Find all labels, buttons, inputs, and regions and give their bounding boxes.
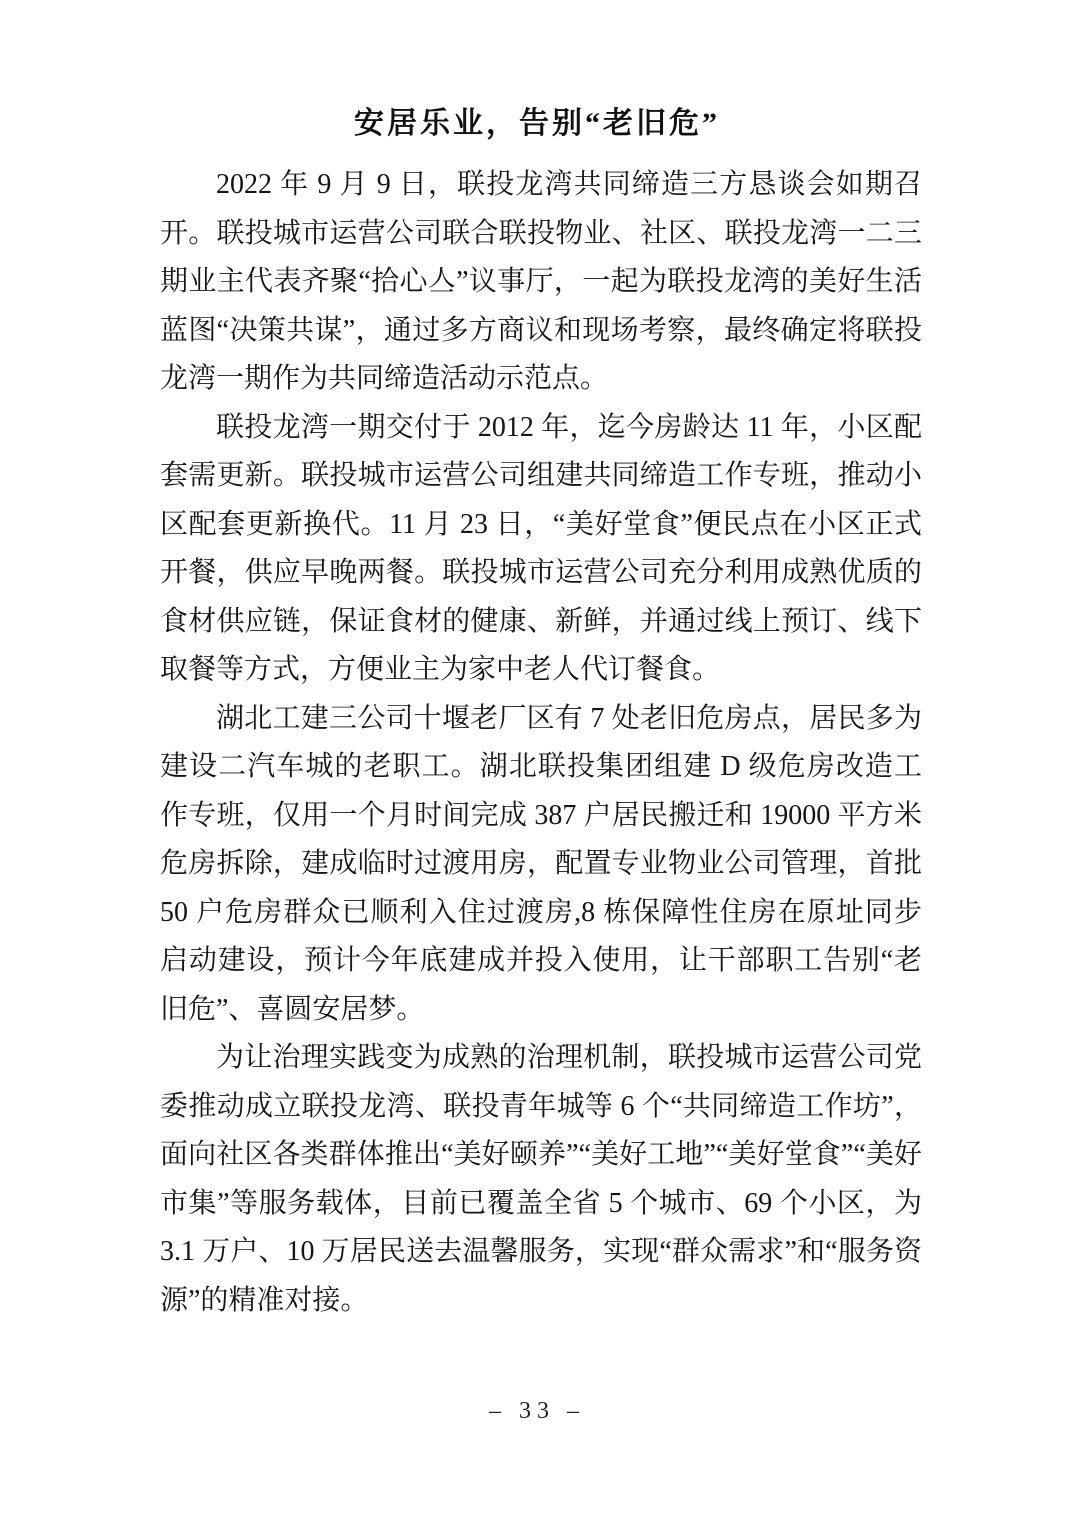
document-page: 安居乐业，告别“老旧危” 2022 年 9 月 9 日，联投龙湾共同缔造三方恳谈… xyxy=(0,0,1074,1520)
paragraph: 联投龙湾一期交付于 2012 年，迄今房龄达 11 年，小区配套需更新。联投城市… xyxy=(160,404,922,695)
document-title: 安居乐业，告别“老旧危” xyxy=(0,103,1074,145)
page-number: – 33 – xyxy=(0,1398,1074,1425)
paragraph: 湖北工建三公司十堰老厂区有 7 处老旧危房点，居民多为建设二汽车城的老职工。湖北… xyxy=(160,695,922,1035)
paragraph: 为让治理实践变为成熟的治理机制，联投城市运营公司党委推动成立联投龙湾、联投青年城… xyxy=(160,1034,922,1325)
paragraph: 2022 年 9 月 9 日，联投龙湾共同缔造三方恳谈会如期召开。联投城市运营公… xyxy=(160,161,922,404)
document-body: 2022 年 9 月 9 日，联投龙湾共同缔造三方恳谈会如期召开。联投城市运营公… xyxy=(160,161,922,1325)
